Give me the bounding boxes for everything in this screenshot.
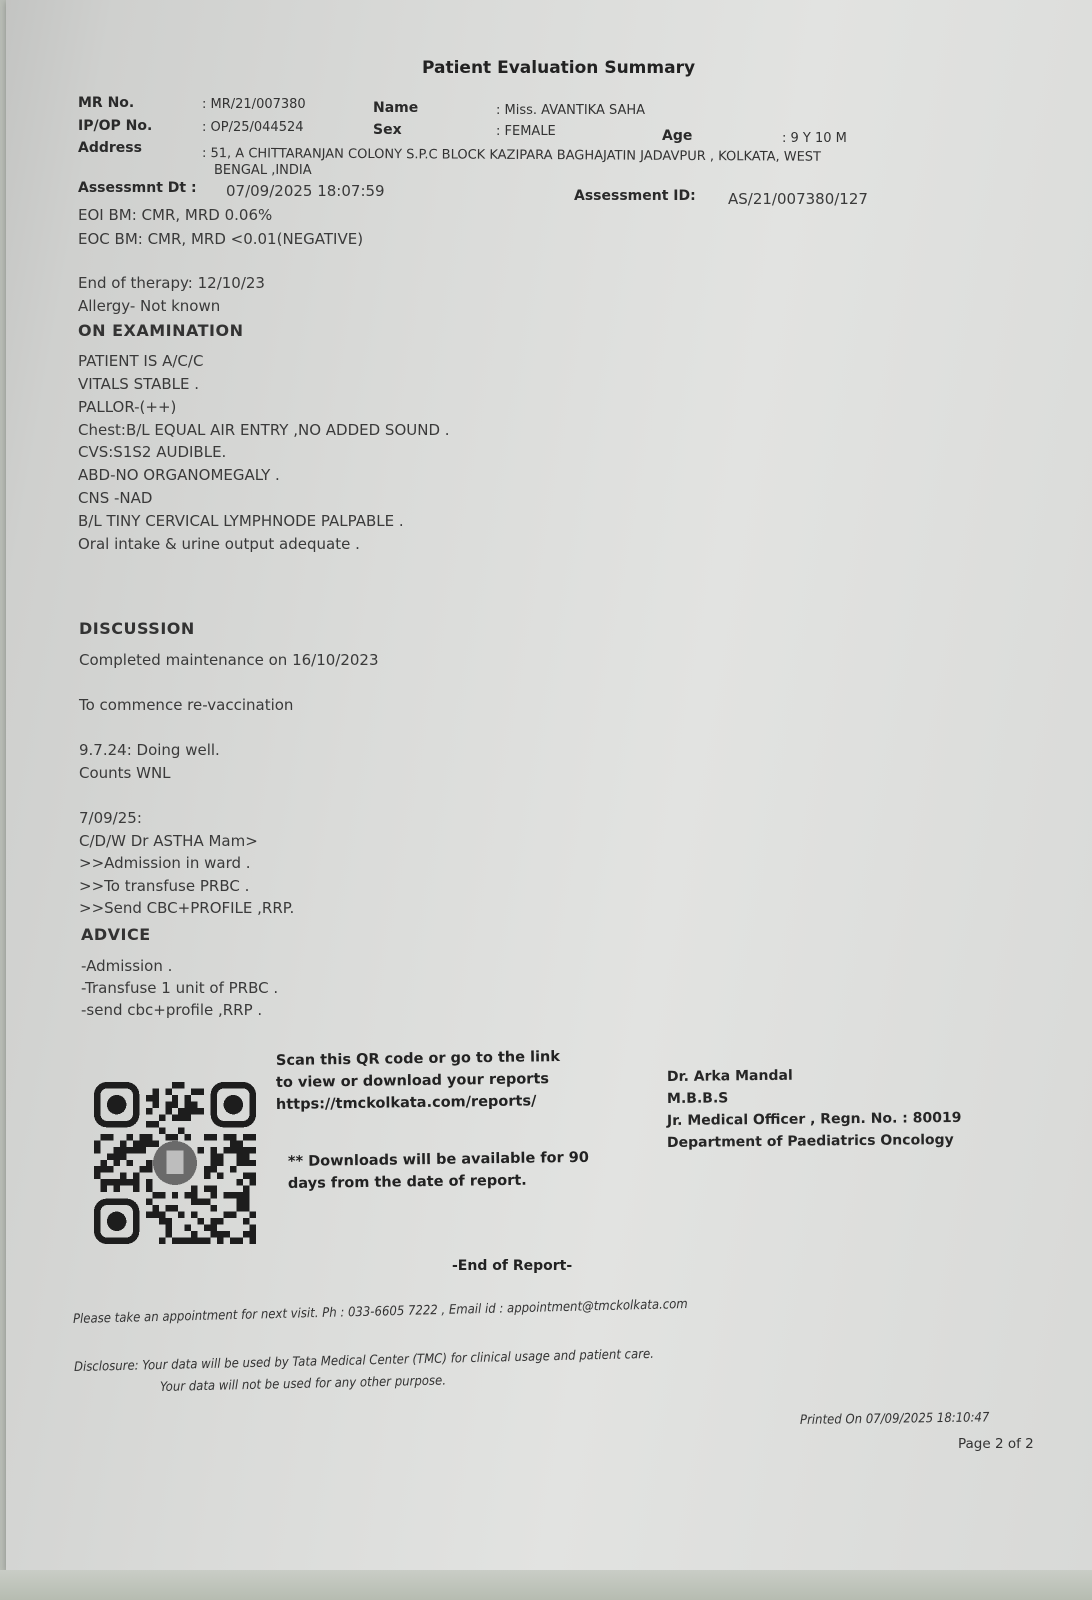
examination-line: ABD-NO ORGANOMEGALY . [78, 466, 280, 484]
address-line2: BENGAL ,INDIA [214, 163, 312, 178]
download-note-line1: ** Downloads will be available for 90 [288, 1147, 589, 1173]
sex-value: : FEMALE [496, 124, 556, 139]
history-line: EOI BM: CMR, MRD 0.06% [78, 206, 272, 224]
examination-line: Chest:B/L EQUAL AIR ENTRY ,NO ADDED SOUN… [78, 421, 450, 439]
doctor-designation: Jr. Medical Officer , Regn. No. : 80019 [667, 1107, 962, 1132]
reports-link[interactable]: https://tmckolkata.com/reports/ [276, 1090, 537, 1116]
examination-heading: ON EXAMINATION [78, 321, 243, 340]
appointment-note: Please take an appointment for next visi… [73, 1297, 688, 1327]
discussion-line: 9.7.24: Doing well. [79, 741, 220, 759]
desk-surface [0, 1570, 1092, 1600]
discussion-line: To commence re-vaccination [79, 696, 293, 714]
end-of-report: -End of Report- [452, 1258, 572, 1274]
sex-label: Sex [373, 122, 402, 138]
discussion-line: C/D/W Dr ASTHA Mam> [79, 832, 258, 850]
examination-line: CVS:S1S2 AUDIBLE. [78, 443, 226, 461]
discussion-line: >>To transfuse PRBC . [79, 877, 249, 895]
examination-line: B/L TINY CERVICAL LYMPHNODE PALPABLE . [78, 512, 404, 530]
advice-line: -Admission . [81, 957, 172, 975]
history-line: Allergy- Not known [78, 297, 220, 315]
advice-line: -Transfuse 1 unit of PRBC . [81, 979, 278, 997]
discussion-line: 7/09/25: [79, 809, 142, 827]
name-label: Name [373, 100, 418, 116]
doctor-degree: M.B.B.S [667, 1087, 729, 1110]
page-number: Page 2 of 2 [958, 1436, 1034, 1452]
discussion-line: Completed maintenance on 16/10/2023 [79, 651, 379, 669]
advice-line: -send cbc+profile ,RRP . [81, 1001, 262, 1019]
report-page: Patient Evaluation Summary MR No. : MR/2… [6, 0, 1092, 1570]
disclosure-line1: Disclosure: Your data will be used by Ta… [74, 1347, 654, 1375]
age-label: Age [662, 128, 692, 144]
report-title: Patient Evaluation Summary [422, 58, 695, 78]
mr-label: MR No. [78, 95, 134, 111]
discussion-heading: DISCUSSION [79, 619, 195, 638]
address-line1: : 51, A CHITTARANJAN COLONY S.P.C BLOCK … [202, 146, 821, 165]
qr-code-icon[interactable] [94, 1080, 256, 1246]
assessment-id-value: AS/21/007380/127 [728, 190, 868, 208]
printed-on: Printed On 07/09/2025 18:10:47 [800, 1410, 990, 1428]
age-value: : 9 Y 10 M [782, 131, 847, 146]
assessment-id-label: Assessment ID: [574, 188, 696, 204]
examination-line: PALLOR-(++) [78, 398, 176, 416]
mr-value: : MR/21/007380 [202, 97, 306, 112]
examination-line: VITALS STABLE . [78, 375, 199, 393]
advice-heading: ADVICE [81, 925, 151, 944]
examination-line: PATIENT IS A/C/C [78, 352, 203, 370]
examination-line: CNS -NAD [78, 489, 152, 507]
history-line: EOC BM: CMR, MRD <0.01(NEGATIVE) [78, 230, 363, 248]
ipop-value: : OP/25/044524 [202, 120, 304, 135]
discussion-line: Counts WNL [79, 764, 171, 782]
download-note-line2: days from the date of report. [288, 1170, 527, 1195]
doctor-name: Dr. Arka Mandal [667, 1065, 793, 1088]
address-label: Address [78, 140, 142, 156]
assessment-date-value: 07/09/2025 18:07:59 [226, 182, 385, 200]
name-value: : Miss. AVANTIKA SAHA [496, 103, 645, 118]
ipop-label: IP/OP No. [78, 118, 152, 134]
discussion-line: >>Admission in ward . [79, 854, 251, 872]
disclosure-line2: Your data will not be used for any other… [160, 1374, 446, 1395]
discussion-line: >>Send CBC+PROFILE ,RRP. [79, 899, 294, 917]
examination-line: Oral intake & urine output adequate . [78, 535, 360, 553]
history-line: End of therapy: 12/10/23 [78, 274, 265, 292]
doctor-department: Department of Paediatrics Oncology [667, 1129, 954, 1154]
assessment-date-label: Assessmnt Dt : [78, 180, 197, 196]
